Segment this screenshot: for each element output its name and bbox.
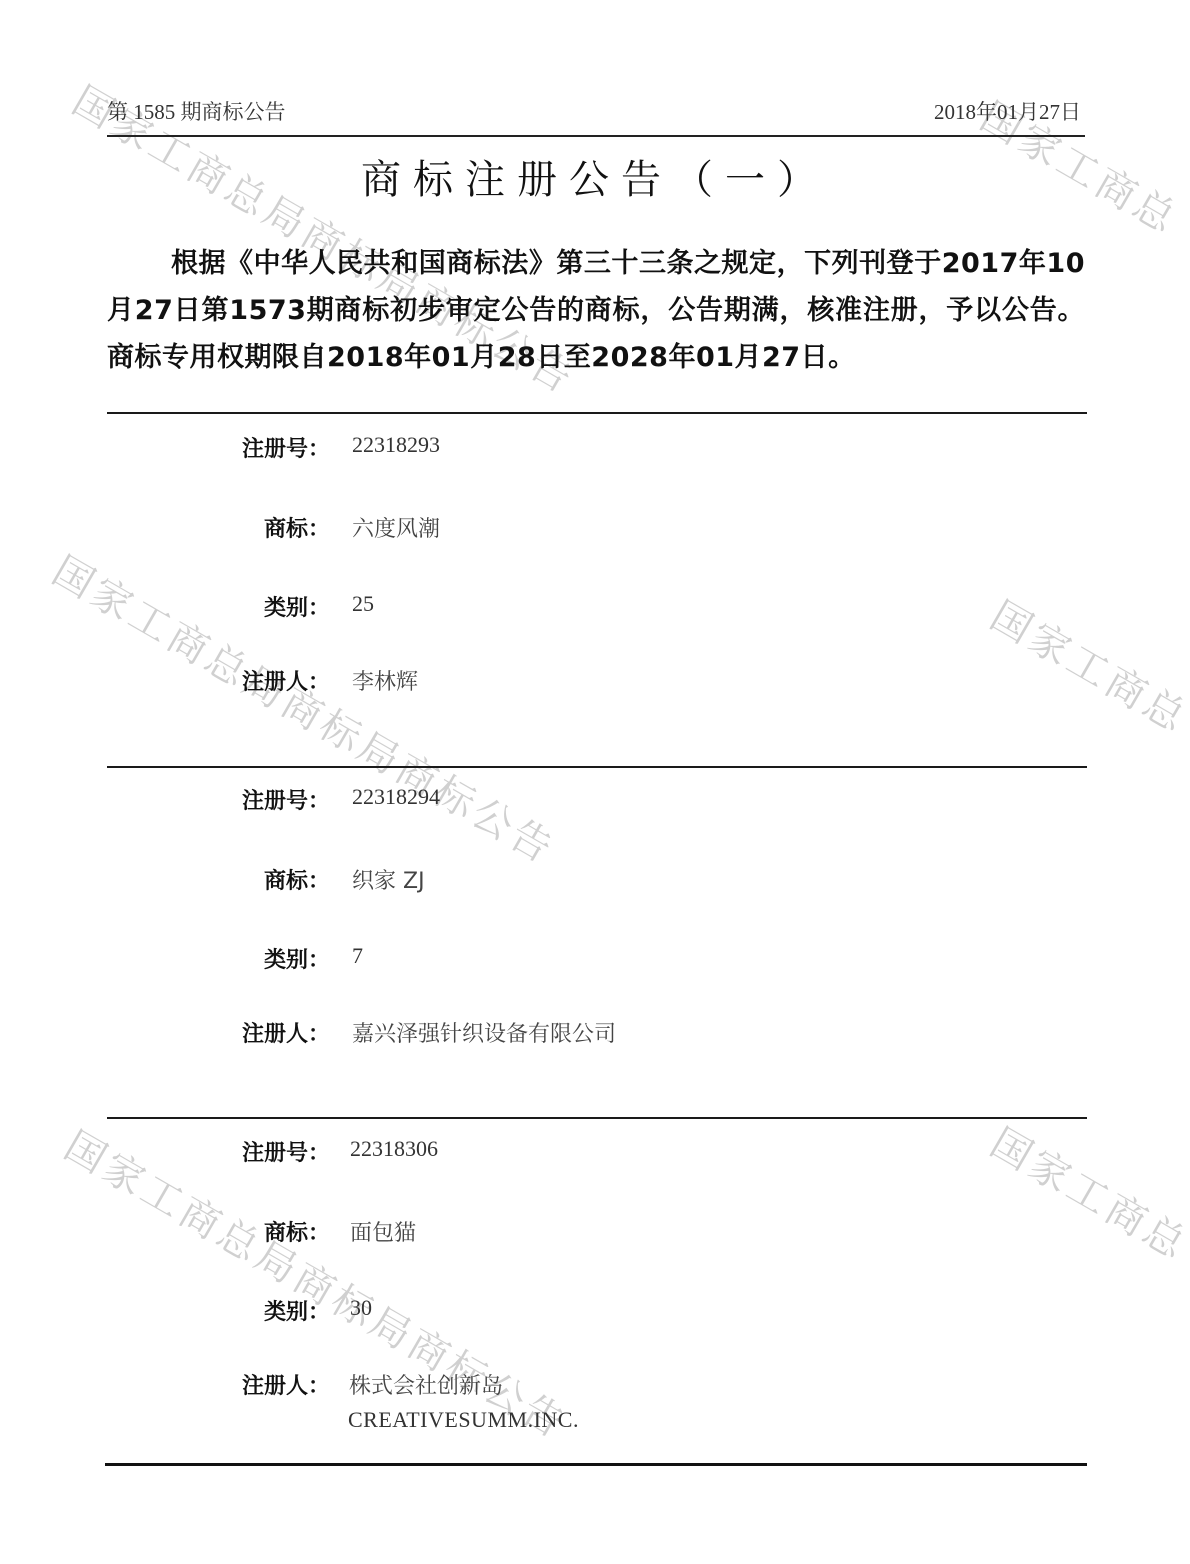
class-value: 25 bbox=[352, 591, 374, 617]
entry-1-registrant-row: 注册人： 李林辉 bbox=[0, 665, 1190, 701]
entry-2-class-row: 类别： 7 bbox=[0, 943, 1190, 979]
page-bottom-divider bbox=[105, 1463, 1087, 1466]
mark-value: 六度风潮 bbox=[352, 512, 440, 543]
registrant-label: 注册人： bbox=[190, 665, 330, 696]
intro-paragraph: 根据《中华人民共和国商标法》第三十三条之规定，下列刊登于2017年10月27日第… bbox=[107, 240, 1085, 381]
registrant-label: 注册人： bbox=[190, 1369, 330, 1400]
reg-no-value: 22318306 bbox=[350, 1136, 438, 1162]
page-header: 第 1585 期商标公告 2018年01月27日 bbox=[107, 96, 1085, 136]
reg-no-value: 22318294 bbox=[352, 784, 440, 810]
class-label: 类别： bbox=[190, 943, 330, 974]
entry-3-class-row: 类别： 30 bbox=[0, 1295, 1190, 1331]
class-label: 类别： bbox=[190, 1295, 330, 1326]
class-value: 30 bbox=[350, 1295, 372, 1321]
entry-divider bbox=[107, 766, 1087, 768]
entry-divider bbox=[107, 412, 1087, 414]
mark-value: 面包猫 bbox=[350, 1216, 416, 1247]
registrant-value: 李林辉 bbox=[352, 665, 418, 696]
entry-2-registrant-row: 注册人： 嘉兴泽强针织设备有限公司 bbox=[0, 1017, 1190, 1053]
entry-3-reg-no-row: 注册号： 22318306 bbox=[0, 1136, 1190, 1172]
reg-no-label: 注册号： bbox=[190, 784, 330, 815]
entry-2-mark-row: 商标： 织家 ZJ bbox=[0, 864, 1190, 900]
class-value: 7 bbox=[352, 943, 363, 969]
entry-3-registrant-row: 注册人： 株式会社创新岛 CREATIVESUMM.INC. bbox=[0, 1369, 1190, 1439]
header-divider bbox=[107, 135, 1085, 137]
mark-label: 商标： bbox=[190, 864, 330, 895]
entry-1-mark-row: 商标： 六度风潮 bbox=[0, 512, 1190, 548]
issue-number: 第 1585 期商标公告 bbox=[107, 96, 286, 126]
registrant-value: 株式会社创新岛 bbox=[349, 1369, 503, 1400]
registrant-value: 嘉兴泽强针织设备有限公司 bbox=[352, 1017, 616, 1048]
entry-3-mark-row: 商标： 面包猫 bbox=[0, 1216, 1190, 1252]
issue-date: 2018年01月27日 bbox=[934, 96, 1081, 126]
registrant-value-english: CREATIVESUMM.INC. bbox=[348, 1407, 579, 1433]
entry-1-reg-no-row: 注册号： 22318293 bbox=[0, 432, 1190, 468]
registrant-label: 注册人： bbox=[190, 1017, 330, 1048]
mark-label: 商标： bbox=[190, 512, 330, 543]
entry-1-class-row: 类别： 25 bbox=[0, 591, 1190, 627]
entry-divider bbox=[107, 1117, 1087, 1119]
entry-2-reg-no-row: 注册号： 22318294 bbox=[0, 784, 1190, 820]
class-label: 类别： bbox=[190, 591, 330, 622]
mark-label: 商标： bbox=[190, 1216, 330, 1247]
page-title: 商标注册公告（一） bbox=[0, 148, 1190, 205]
announcement-page: 国家工商总局商标局商标公告 国家工商总 国家工商总局商标局商标公告 国家工商总 … bbox=[0, 0, 1190, 1564]
reg-no-value: 22318293 bbox=[352, 432, 440, 458]
reg-no-label: 注册号： bbox=[190, 1136, 330, 1167]
reg-no-label: 注册号： bbox=[190, 432, 330, 463]
mark-value: 织家 ZJ bbox=[352, 864, 425, 895]
